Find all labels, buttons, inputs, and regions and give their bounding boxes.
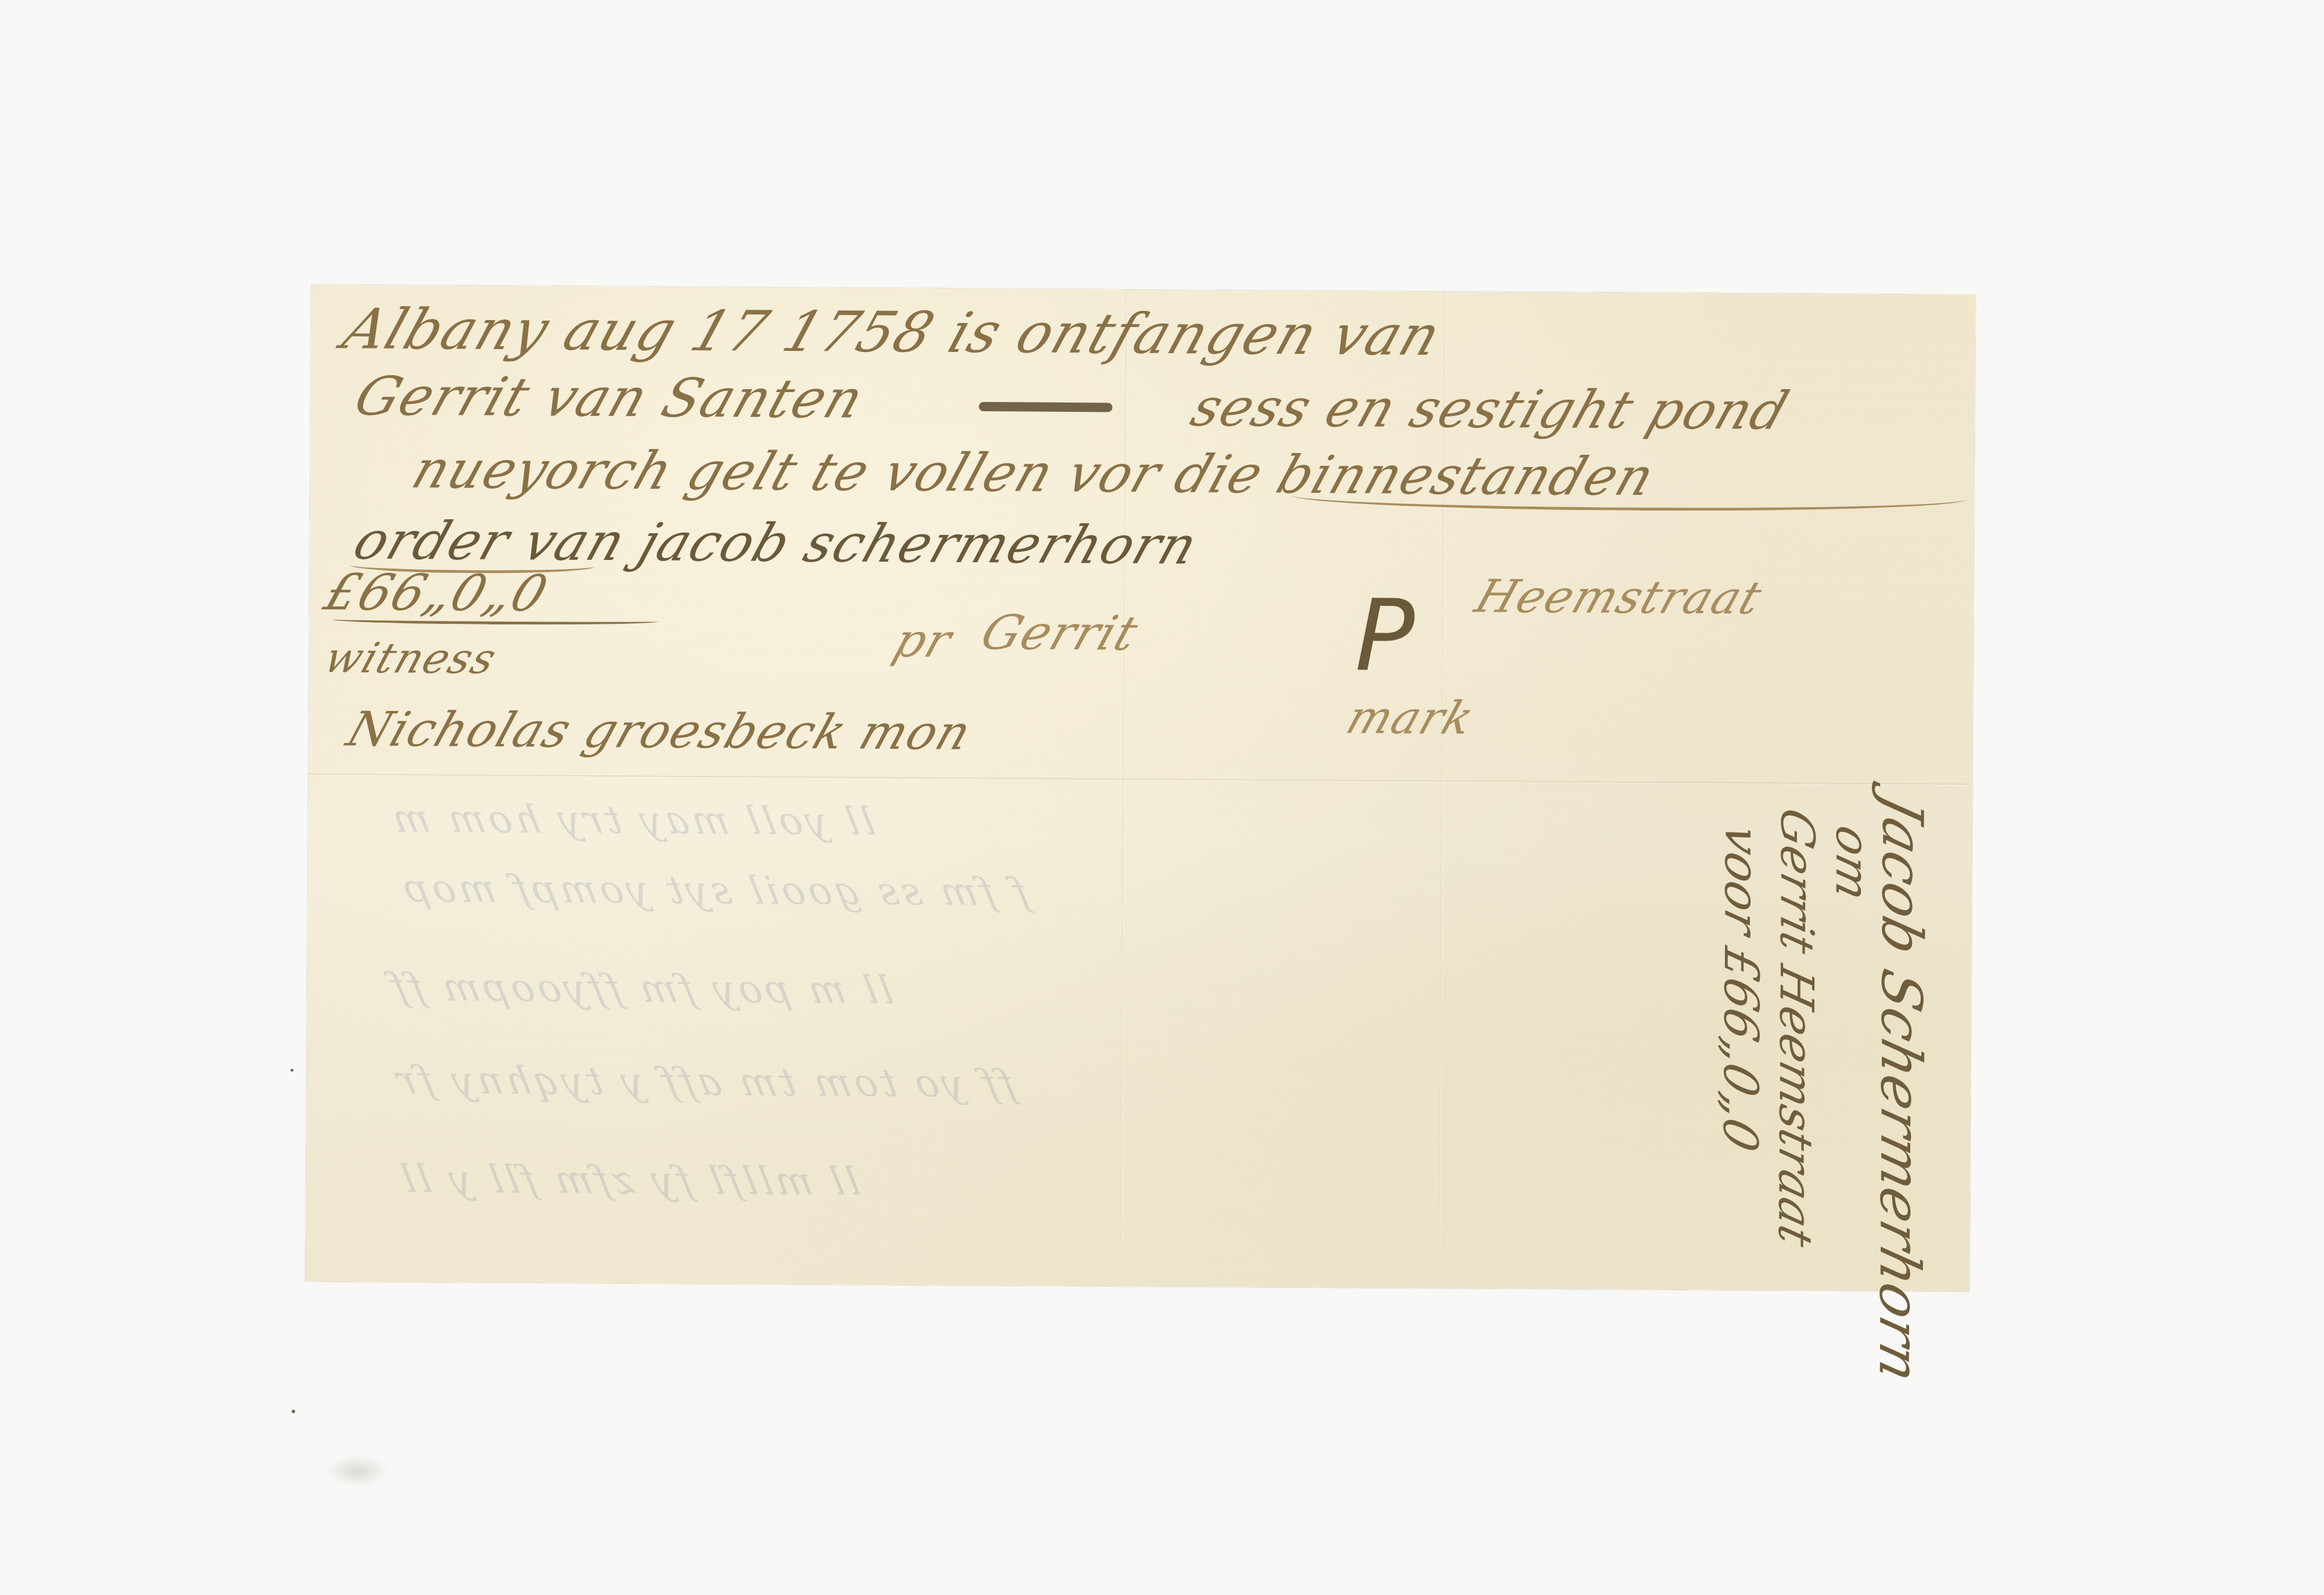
mark-name: Heemstraat xyxy=(1469,570,1769,624)
receipt-line-date: Albany aug 17 1758 is ontfangen van xyxy=(335,296,1450,368)
scan-speck xyxy=(290,1069,293,1072)
vertical-fold-line xyxy=(1438,292,1446,1288)
bleed-through-text: f fm ss gooil syt yompf mop xyxy=(396,866,1032,915)
witness-name: Nicholas groesbeck mon xyxy=(340,702,979,761)
bleed-through-text: ff yo tom tm aff y tyqhny fr xyxy=(389,1058,1019,1107)
horizontal-fold-line xyxy=(309,774,1972,785)
bleed-through-text: ll mllfl fy zfm fll y ll xyxy=(394,1156,864,1204)
bleed-through-text: ll yoll may try hom m xyxy=(385,796,878,844)
amount-total: £66„0„0 xyxy=(317,563,555,623)
scan-speck xyxy=(292,1410,295,1413)
receipt-line-amount-words: sess en sestight pond xyxy=(1183,377,1796,441)
amount-underline xyxy=(332,616,658,625)
endorsement-line: Gerrit Heemstraat xyxy=(1768,803,1824,1252)
ink-flourish xyxy=(1292,482,1966,512)
endorsement-line: om xyxy=(1826,821,1880,907)
bleed-through-text: ll m poy fm ffyoopm ff xyxy=(384,965,897,1012)
scan-smudge xyxy=(325,1455,389,1487)
document-paper: ll yoll may try hom m f fm ss gooil syt … xyxy=(306,285,1975,1291)
endorsement-line: voor £66„0„0 xyxy=(1712,820,1769,1156)
signer-name: Gerrit xyxy=(974,605,1146,661)
struck-word xyxy=(979,402,1113,412)
signature-mark: P xyxy=(1355,579,1415,694)
receipt-line-payer: Gerrit van Santen xyxy=(347,365,872,430)
signer-prefix: pr xyxy=(887,613,959,667)
witness-label: witness xyxy=(318,633,503,683)
vertical-fold-line xyxy=(1120,290,1127,1287)
mark-label: mark xyxy=(1340,692,1482,745)
